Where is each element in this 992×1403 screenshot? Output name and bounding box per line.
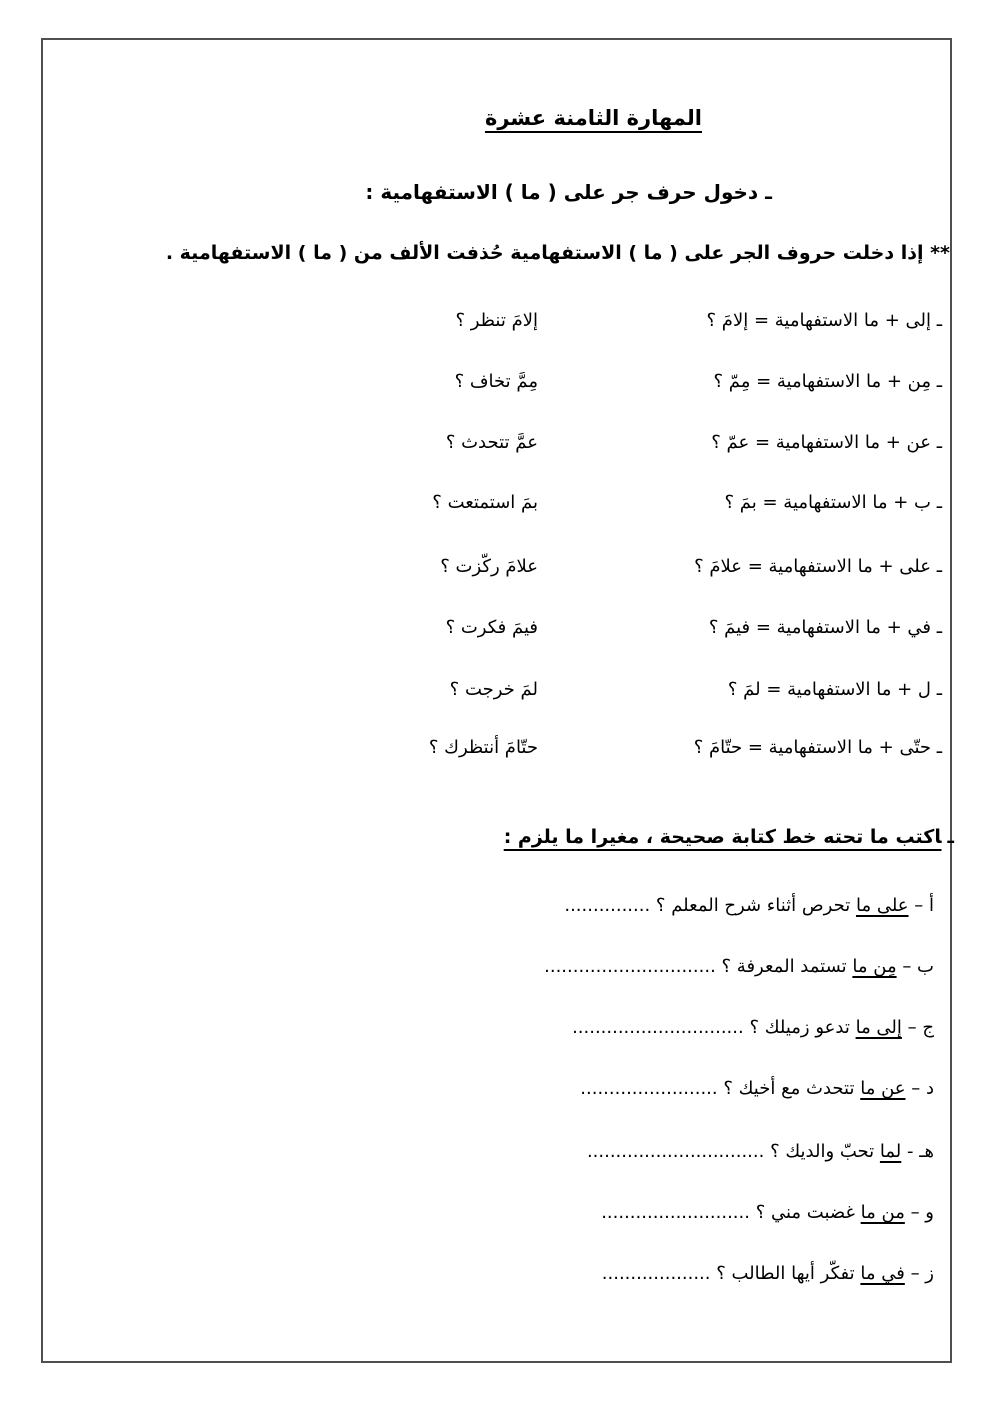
- item-question: غضبت مني ؟: [756, 1202, 855, 1223]
- equation-example: حتّامَ أنتظرك ؟: [429, 733, 538, 763]
- item-question: تحرص أثناء شرح المعلم ؟: [656, 895, 850, 916]
- equation-row: ـ ل + ما الاستفهامية = لمَ ؟ لمَ خرجت ؟: [43, 675, 950, 705]
- exercise-heading: ـاكتب ما تحته خط كتابة صحيحة ، مغيرا ما …: [504, 826, 954, 848]
- exercise-heading-dash: ـ: [942, 826, 955, 848]
- item-letter: ج –: [908, 1017, 934, 1038]
- item-question: تحبّ والديك ؟: [770, 1141, 874, 1162]
- exercise-item: ز – في ما تفكّر أيها الطالب ؟ ..........…: [602, 1259, 934, 1289]
- item-underlined-phrase: من ما: [861, 1202, 905, 1223]
- item-letter: و –: [911, 1202, 934, 1223]
- equation-formula: ـ إلى + ما الاستفهامية = إلامَ ؟: [707, 306, 942, 336]
- equation-example: لمَ خرجت ؟: [450, 675, 538, 705]
- exercise-heading-text: اكتب ما تحته خط كتابة صحيحة ، مغيرا ما ي…: [504, 826, 942, 848]
- item-question: تدعو زميلك ؟: [749, 1017, 849, 1038]
- equation-row: ـ على + ما الاستفهامية = علامَ ؟ علامَ ر…: [43, 552, 950, 582]
- exercise-item: و – من ما غضبت مني ؟ ...................…: [601, 1198, 934, 1228]
- equation-row: ـ عن + ما الاستفهامية = عمّ ؟ عمَّ تتحدث…: [43, 428, 950, 458]
- answer-blank: ..............................: [544, 956, 716, 977]
- equation-row: ـ حتّى + ما الاستفهامية = حتّامَ ؟ حتّام…: [43, 733, 950, 763]
- worksheet-page: المهارة الثامنة عشرة ـ دخول حرف جر على (…: [41, 38, 952, 1363]
- item-question: تتحدث مع أخيك ؟: [723, 1078, 854, 1099]
- exercise-item: أ – على ما تحرص أثناء شرح المعلم ؟ .....…: [564, 891, 934, 921]
- answer-blank: ...............: [564, 895, 650, 916]
- equation-row: ـ إلى + ما الاستفهامية = إلامَ ؟ إلامَ ت…: [43, 306, 950, 336]
- equation-row: ـ في + ما الاستفهامية = فيمَ ؟ فيمَ فكرت…: [43, 613, 950, 643]
- equation-formula: ـ مِن + ما الاستفهامية = مِمّ ؟: [713, 367, 942, 397]
- item-underlined-phrase: مِن ما: [852, 956, 896, 977]
- exercise-item: هـ - لما تحبّ والديك ؟ .................…: [587, 1137, 934, 1167]
- item-underlined-phrase: إلى ما: [856, 1017, 902, 1038]
- exercise-item: ب – مِن ما تستمد المعرفة ؟ .............…: [544, 952, 934, 982]
- item-underlined-phrase: لما: [880, 1141, 901, 1162]
- equation-example: بمَ استمتعت ؟: [432, 488, 538, 518]
- equation-example: مِمَّ تخاف ؟: [455, 367, 538, 397]
- answer-blank: ...............................: [587, 1141, 764, 1162]
- equation-example: فيمَ فكرت ؟: [446, 613, 538, 643]
- document-title: المهارة الثامنة عشرة: [485, 106, 702, 130]
- equation-example: عمَّ تتحدث ؟: [446, 428, 538, 458]
- equation-formula: ـ ب + ما الاستفهامية = بمَ ؟: [725, 488, 943, 518]
- equation-formula: ـ في + ما الاستفهامية = فيمَ ؟: [709, 613, 942, 643]
- answer-blank: ..............................: [572, 1017, 744, 1038]
- exercise-item: ج – إلى ما تدعو زميلك ؟ ................…: [572, 1013, 934, 1043]
- answer-blank: ........................: [580, 1078, 717, 1099]
- document-subtitle: ـ دخول حرف جر على ( ما ) الاستفهامية :: [365, 180, 772, 204]
- answer-blank: ..........................: [601, 1202, 750, 1223]
- equation-formula: ـ ل + ما الاستفهامية = لمَ ؟: [728, 675, 942, 705]
- item-letter: ز –: [911, 1263, 934, 1284]
- item-letter: هـ -: [907, 1141, 934, 1162]
- item-question: تفكّر أيها الطالب ؟: [716, 1263, 854, 1284]
- item-letter: أ –: [914, 895, 934, 916]
- equation-example: إلامَ تنظر ؟: [455, 306, 538, 336]
- item-letter: ب –: [902, 956, 934, 977]
- equation-row: ـ مِن + ما الاستفهامية = مِمّ ؟ مِمَّ تخ…: [43, 367, 950, 397]
- item-underlined-phrase: على ما: [856, 895, 909, 916]
- equation-formula: ـ حتّى + ما الاستفهامية = حتّامَ ؟: [694, 733, 942, 763]
- equation-formula: ـ على + ما الاستفهامية = علامَ ؟: [694, 552, 942, 582]
- item-underlined-phrase: عن ما: [860, 1078, 905, 1099]
- exercise-item: د – عن ما تتحدث مع أخيك ؟ ..............…: [580, 1074, 934, 1104]
- item-letter: د –: [911, 1078, 934, 1099]
- equation-formula: ـ عن + ما الاستفهامية = عمّ ؟: [711, 428, 942, 458]
- item-underlined-phrase: في ما: [860, 1263, 904, 1284]
- rule-note: ** إذا دخلت حروف الجر على ( ما ) الاستفه…: [166, 242, 950, 264]
- item-question: تستمد المعرفة ؟: [722, 956, 847, 977]
- equation-row: ـ ب + ما الاستفهامية = بمَ ؟ بمَ استمتعت…: [43, 488, 950, 518]
- equation-example: علامَ ركّزت ؟: [440, 552, 538, 582]
- answer-blank: ...................: [602, 1263, 711, 1284]
